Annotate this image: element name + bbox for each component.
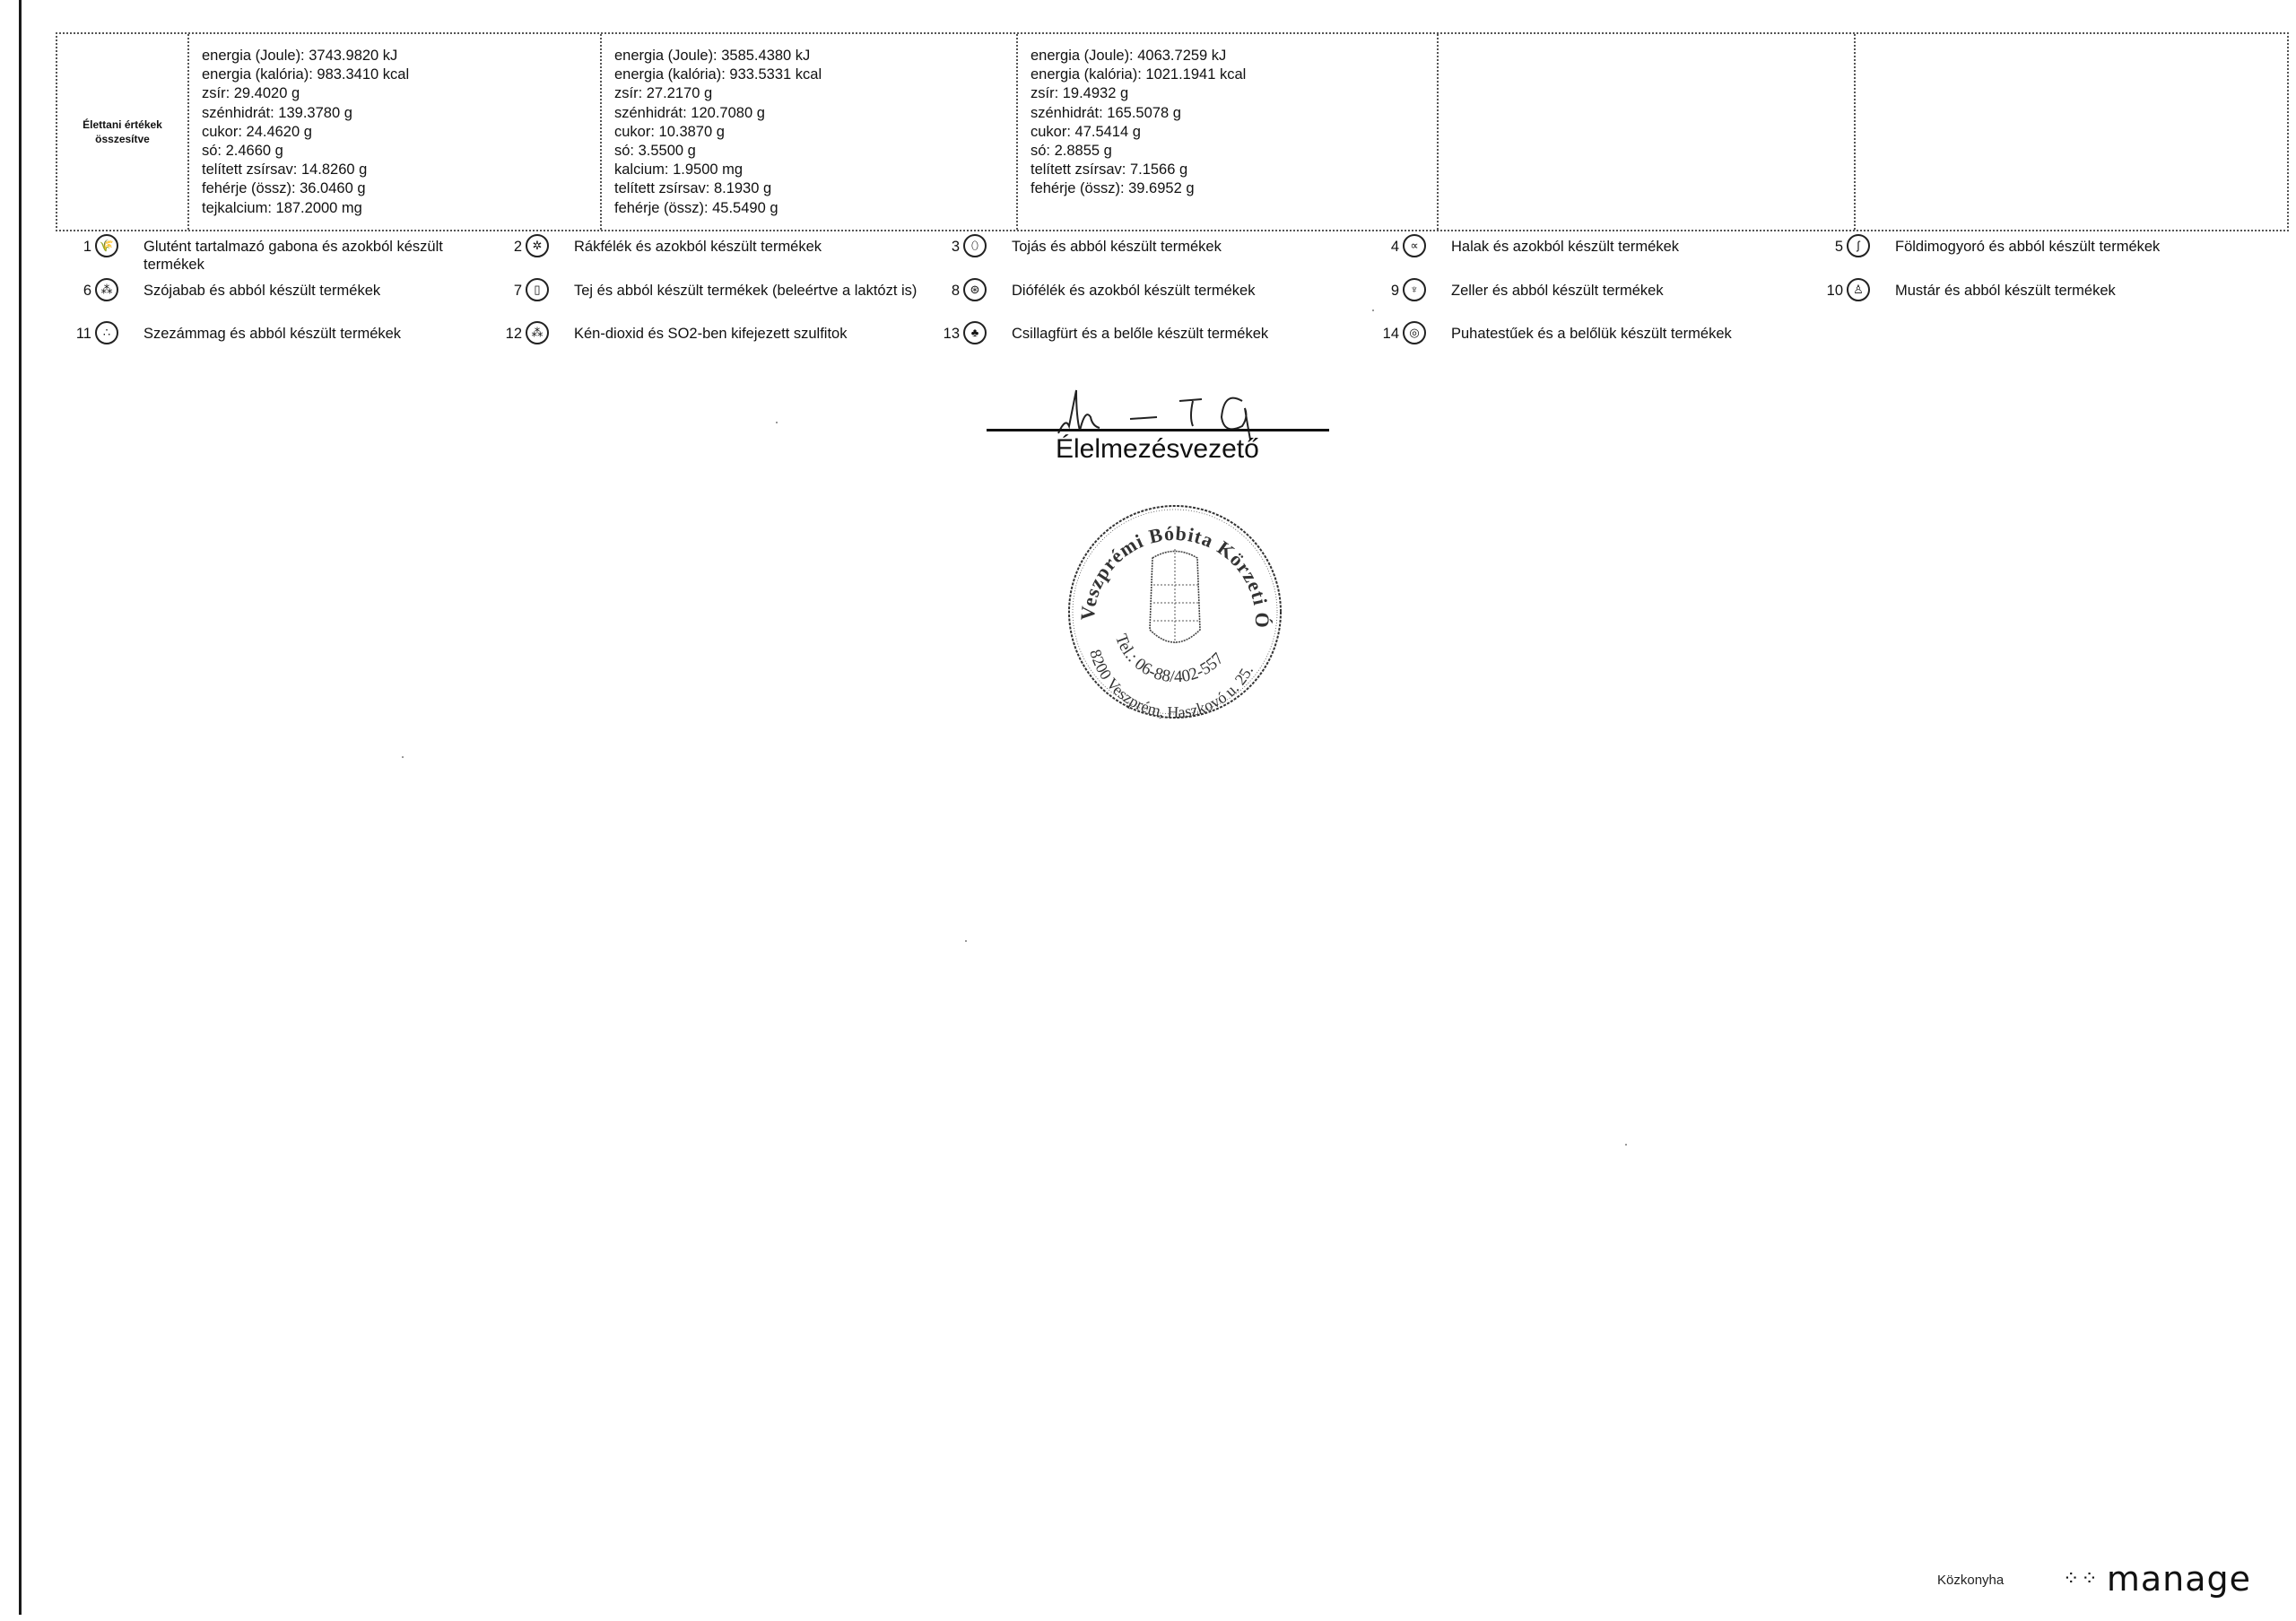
scan-speck [1625, 1144, 1627, 1146]
sulphite-icon: ⁂ [526, 321, 549, 344]
nutrition-column-1: energia (Joule): 3743.9820 kJenergia (ka… [187, 34, 600, 230]
nutrition-column-5 [1854, 34, 2287, 230]
nutrition-value-line: energia (Joule): 3743.9820 kJ [202, 47, 600, 65]
allergen-label: Tojás és abból készült termékek [1012, 238, 1370, 256]
allergen-number: 9 [1363, 282, 1403, 300]
nutrition-value-line: fehérje (össz): 36.0460 g [202, 179, 600, 198]
page-left-margin-rule [19, 0, 22, 1615]
nutrition-value-line: energia (kalória): 933.5331 kcal [614, 65, 1016, 84]
mollusc-icon: ◎ [1403, 321, 1426, 344]
soy-icon: ⁂ [95, 278, 118, 301]
nutrition-value-line: cukor: 24.4620 g [202, 123, 600, 142]
allergen-label: Glutént tartalmazó gabona és azokból kés… [143, 238, 502, 274]
allergen-number: 7 [486, 282, 526, 300]
milk-icon: ▯ [526, 278, 549, 301]
allergen-label: Halak és azokból készült termékek [1451, 238, 1810, 256]
allergen-number: 2 [486, 238, 526, 256]
nutrition-value-line: cukor: 47.5414 g [1031, 123, 1437, 142]
peanut-icon: ʃ [1847, 234, 1870, 257]
footer-kitchen-label: Közkonyha [1937, 1573, 2004, 1588]
allergen-number: 8 [924, 282, 963, 300]
allergen-item: 14◎Puhatestűek és a belőlük készült term… [1363, 325, 1810, 344]
mustard-icon: ♙ [1847, 278, 1870, 301]
svg-text:Tel.: 06-88/402-557: Tel.: 06-88/402-557 [1111, 632, 1228, 686]
nutrition-value-line: só: 2.4660 g [202, 142, 600, 161]
scan-speck [402, 756, 404, 758]
nutrition-value-line: fehérje (össz): 39.6952 g [1031, 179, 1437, 198]
nutrition-value-line: kalcium: 1.9500 mg [614, 161, 1016, 179]
allergen-label: Mustár és abból készült termékek [1895, 282, 2254, 300]
allergen-number: 5 [1807, 238, 1847, 256]
allergen-number: 14 [1363, 325, 1403, 343]
nutrition-column-4 [1437, 34, 1854, 230]
celery-icon: ♆ [1403, 278, 1426, 301]
allergen-item: 12⁂Kén-dioxid és SO2-ben kifejezett szul… [486, 325, 933, 344]
nutrition-value-line: cukor: 10.3870 g [614, 123, 1016, 142]
allergen-number: 3 [924, 238, 963, 256]
allergen-item: 4∝Halak és azokból készült termékek [1363, 238, 1810, 257]
nutrition-value-line: telített zsírsav: 8.1930 g [614, 179, 1016, 198]
scan-speck [1372, 309, 1374, 311]
nutrition-value-line: zsír: 19.4932 g [1031, 84, 1437, 103]
nutrition-value-line: szénhidrát: 139.3780 g [202, 104, 600, 123]
signature-line [987, 429, 1329, 431]
allergen-label: Csillagfürt és a belőle készült termékek [1012, 325, 1370, 343]
nutrition-value-line: szénhidrát: 165.5078 g [1031, 104, 1437, 123]
scan-speck [776, 422, 778, 423]
fish-icon: ∝ [1403, 234, 1426, 257]
lupin-icon: ♣ [963, 321, 987, 344]
allergen-label: Zeller és abból készült termékek [1451, 282, 1810, 300]
stamp-top-text: Veszprémi Bóbita Körzeti Óvoda [1058, 495, 1274, 629]
allergen-item: 13♣Csillagfürt és a belőle készült termé… [924, 325, 1370, 344]
allergen-number: 1 [56, 238, 95, 256]
allergen-label: Diófélék és azokból készült termékek [1012, 282, 1370, 300]
logo-dots-icon: ⁘⁘ [2063, 1568, 2100, 1590]
official-stamp: Veszprémi Bóbita Körzeti Óvoda 8200 Vesz… [1058, 495, 1291, 728]
nutrition-value-line: fehérje (össz): 45.5490 g [614, 199, 1016, 218]
nuts-icon: ⊛ [963, 278, 987, 301]
allergen-number: 4 [1363, 238, 1403, 256]
nutrition-value-line: zsír: 29.4020 g [202, 84, 600, 103]
manage-logo: ⁘⁘ manage [2063, 1559, 2251, 1599]
allergen-number: 11 [56, 325, 95, 343]
allergen-number: 10 [1807, 282, 1847, 300]
nutrition-value-line: zsír: 27.2170 g [614, 84, 1016, 103]
egg-icon: ⬯ [963, 234, 987, 257]
wheat-icon: 🌾 [95, 234, 118, 257]
coat-of-arms-icon [1150, 549, 1200, 643]
nutrition-value-line: energia (kalória): 1021.1941 kcal [1031, 65, 1437, 84]
scan-speck [965, 940, 967, 942]
nutrition-row-label: Élettani értékek összesítve [57, 34, 187, 230]
allergen-item: 3⬯Tojás és abból készült termékek [924, 238, 1370, 257]
nutrition-value-line: szénhidrát: 120.7080 g [614, 104, 1016, 123]
nutrition-value-line: energia (kalória): 983.3410 kcal [202, 65, 600, 84]
allergen-label: Szezámmag és abból készült termékek [143, 325, 502, 343]
allergen-label: Tej és abból készült termékek (beleértve… [574, 282, 933, 300]
signature-role-label: Élelmezésvezető [1056, 433, 1259, 466]
allergen-label: Rákfélék és azokból készült termékek [574, 238, 933, 256]
allergen-item: 10♙Mustár és abból készült termékek [1807, 282, 2254, 301]
nutrition-value-line: telített zsírsav: 7.1566 g [1031, 161, 1437, 179]
allergen-item: 8⊛Diófélék és azokból készült termékek [924, 282, 1370, 301]
nutrition-value-line: energia (Joule): 4063.7259 kJ [1031, 47, 1437, 65]
allergen-item: 1🌾Glutént tartalmazó gabona és azokból k… [56, 238, 502, 274]
logo-text: manage [2107, 1559, 2251, 1599]
allergen-item: 11∴Szezámmag és abból készült termékek [56, 325, 502, 344]
allergen-item: 7▯Tej és abból készült termékek (beleért… [486, 282, 933, 301]
nutrition-value-line: só: 3.5500 g [614, 142, 1016, 161]
nutrition-summary-table: Élettani értékek összesítve energia (Jou… [56, 32, 2289, 231]
nutrition-value-line: tejkalcium: 187.2000 mg [202, 199, 600, 218]
nutrition-label-line-1: Élettani értékek [83, 118, 162, 132]
allergen-item: 5ʃFöldimogyoró és abból készült termékek [1807, 238, 2254, 257]
sesame-icon: ∴ [95, 321, 118, 344]
allergen-number: 6 [56, 282, 95, 300]
stamp-phone-text: Tel.: 06-88/402-557 [1111, 632, 1228, 686]
allergen-number: 13 [924, 325, 963, 343]
allergen-item: 6⁂Szójabab és abból készült termékek [56, 282, 502, 301]
allergen-item: 9♆Zeller és abból készült termékek [1363, 282, 1810, 301]
nutrition-column-3: energia (Joule): 4063.7259 kJenergia (ka… [1016, 34, 1437, 230]
allergen-label: Puhatestűek és a belőlük készült terméke… [1451, 325, 1810, 343]
svg-text:Veszprémi Bóbita Körzeti Óvoda: Veszprémi Bóbita Körzeti Óvoda [1058, 495, 1274, 629]
nutrition-value-line: energia (Joule): 3585.4380 kJ [614, 47, 1016, 65]
allergen-label: Kén-dioxid és SO2-ben kifejezett szulfit… [574, 325, 933, 343]
nutrition-value-line: só: 2.8855 g [1031, 142, 1437, 161]
crustacean-icon: ✲ [526, 234, 549, 257]
nutrition-column-2: energia (Joule): 3585.4380 kJenergia (ka… [600, 34, 1016, 230]
allergen-label: Szójabab és abból készült termékek [143, 282, 502, 300]
nutrition-label-line-2: összesítve [83, 132, 162, 146]
allergen-item: 2✲Rákfélék és azokból készült termékek [486, 238, 933, 257]
allergen-label: Földimogyoró és abból készült termékek [1895, 238, 2254, 256]
nutrition-value-line: telített zsírsav: 14.8260 g [202, 161, 600, 179]
allergen-number: 12 [486, 325, 526, 343]
